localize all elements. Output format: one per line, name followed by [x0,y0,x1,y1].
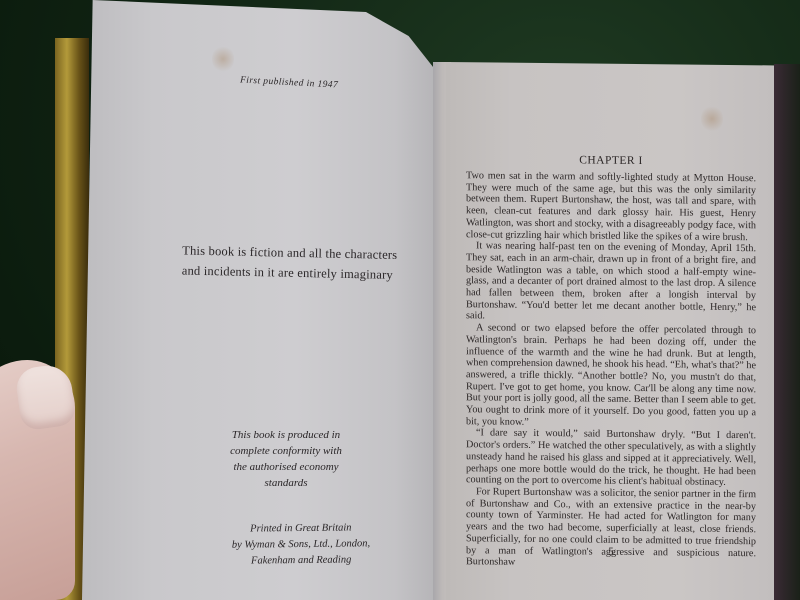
photo-scene: First published in 1947 This book is fic… [0,0,800,600]
paper-stain [212,45,234,73]
printer-line-3: Fakenham and Reading [196,552,406,570]
economy-line-3: the authorised economy [226,459,346,475]
paragraph: A second or two elapsed before the offer… [466,322,756,430]
first-published-line: First published in 1947 [240,75,339,90]
economy-notice: This book is produced in complete confor… [226,427,346,491]
paper-stain [701,105,723,133]
paragraph: “I dare say it would,” said Burtonshaw d… [466,428,756,490]
chapter-title: CHAPTER I [446,153,776,168]
paragraph: It was nearing half-past ten on the even… [466,240,756,325]
economy-line-1: This book is produced in [226,427,346,443]
printer-notice: Printed in Great Britain by Wyman & Sons… [196,520,406,570]
economy-line-2: complete conformity with [226,443,346,459]
page-edge-shadow [774,64,800,600]
paragraph: Two men sat in the warm and softly-light… [466,170,756,243]
chapter-body: Two men sat in the warm and softly-light… [466,170,756,571]
right-page: CHAPTER I Two men sat in the warm and so… [446,62,776,600]
fiction-notice: This book is fiction and all the charact… [182,240,423,285]
economy-line-4: standards [226,475,346,491]
fiction-line-2: and incidents in it are entirely imagina… [182,260,422,285]
left-page: First published in 1947 This book is fic… [82,0,437,600]
